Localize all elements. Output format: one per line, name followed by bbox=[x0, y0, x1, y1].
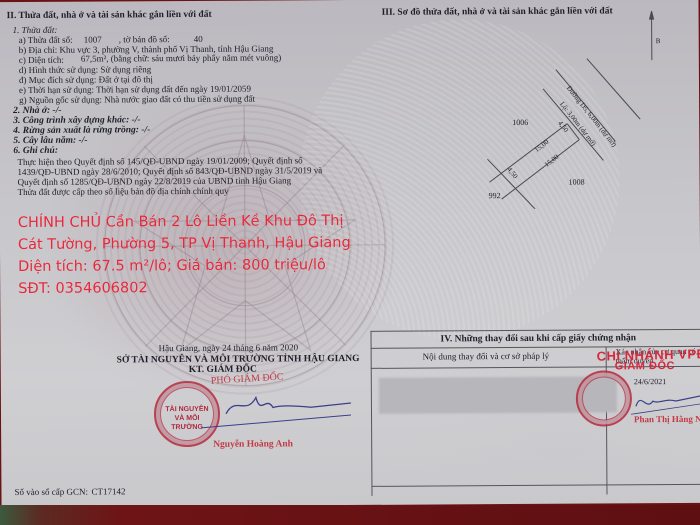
advert-line-phone: SĐT: 0354606802 bbox=[18, 276, 351, 300]
branch-director-title: GIÁM ĐỐC bbox=[615, 360, 675, 372]
signer-name: Nguyễn Hoàng Anh bbox=[213, 439, 293, 450]
signature-scribble bbox=[201, 385, 351, 436]
north-label: B bbox=[656, 36, 661, 47]
sale-advert: CHÍNH CHỦ Cần Bán 2 Lô Liền Kề Khu Đô Th… bbox=[18, 210, 351, 300]
parcel-1006: 1006 bbox=[512, 117, 528, 128]
advert-line-area-price: Diện tích: 67.5 m²/lô; Giá bán: 800 triệ… bbox=[18, 254, 351, 278]
section2-title: II. Thửa đất, nhà ở và tài sản khác gắn … bbox=[7, 10, 212, 22]
register-number: CT17142 bbox=[91, 486, 125, 497]
area-value: 67,5m², (bằng chữ: sáu mươi bảy phẩy năm… bbox=[81, 52, 282, 64]
land-certificate-page: II. Thửa đất, nhà ở và tài sản khác gắn … bbox=[0, 0, 700, 507]
place-date: Hậu Giang, ngày 24 tháng 6 năm 2020 bbox=[159, 342, 299, 354]
change-content-header: Nội dung thay đổi và cơ sở pháp lý bbox=[423, 351, 550, 363]
notes-heading: 6. Ghi chú: bbox=[13, 146, 58, 157]
note-line: Thửa đất được cấp theo số liệu bản đồ đị… bbox=[18, 186, 229, 198]
section4-title: IV. Những thay đổi sau khi cấp giấy chứn… bbox=[441, 333, 637, 345]
table-surface bbox=[0, 505, 700, 525]
advert-line-title: CHÍNH CHỦ Cần Bán 2 Lô Liền Kề Khu Đô Th… bbox=[18, 210, 351, 234]
parcel-992: 992 bbox=[489, 190, 501, 201]
advert-line-location: Cát Tường, Phường 5, TP Vị Thanh, Hậu Gi… bbox=[18, 232, 351, 256]
parcel-1008: 1008 bbox=[569, 177, 585, 188]
branch-official-stamp bbox=[576, 370, 632, 426]
register-label: Số vào sổ cấp GCN: bbox=[14, 487, 88, 498]
usage-origin: g) Nguồn gốc sử dụng: Nhà nước giao đất … bbox=[19, 94, 255, 106]
branch-signer-name: Phan Thị Hằng N bbox=[634, 414, 700, 425]
branch-signature-scribble bbox=[631, 386, 700, 416]
